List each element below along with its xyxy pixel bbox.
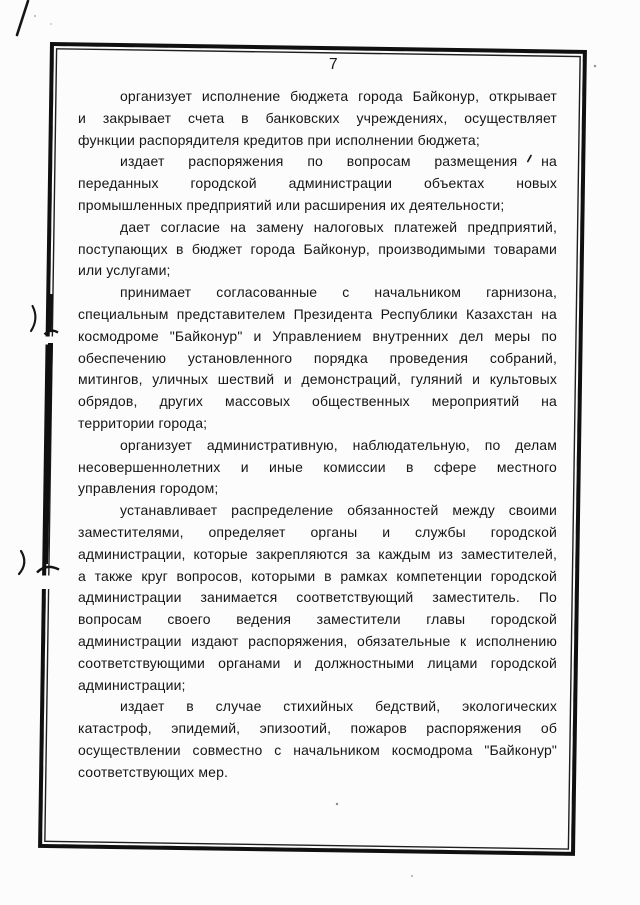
- page-number: 7: [94, 56, 573, 73]
- text-line: заместителями, определяет органы и служб…: [78, 522, 557, 544]
- text-line: специальным представителем Президента Ре…: [78, 304, 557, 326]
- text-line: администрации;: [78, 675, 557, 697]
- paragraph: дает согласие на замену налоговых платеж…: [78, 217, 557, 282]
- document-body: организует исполнение бюджета города Бай…: [78, 86, 557, 784]
- slash-artifact-icon: [17, 1, 28, 35]
- text-line: или услугами;: [78, 260, 557, 282]
- bracket-mark-icon: [19, 551, 24, 574]
- bracket-mark-icon: [31, 306, 35, 331]
- text-line: обрядов, других массовых общественных ме…: [78, 391, 557, 413]
- text-line: администрации, которые закрепляются за к…: [78, 544, 557, 566]
- text-line: космодроме "Байконур" и Управлением внут…: [78, 326, 557, 348]
- text-line: несовершеннолетних и иные комиссии в сфе…: [78, 457, 557, 479]
- speck-icon: [411, 875, 413, 877]
- speck-icon: [594, 65, 597, 68]
- paragraph: устанавливает распределение обязанностей…: [78, 500, 557, 696]
- paragraph: организует административную, наблюдатель…: [78, 435, 557, 500]
- text-line: промышленных предприятий или расширения …: [78, 195, 557, 217]
- text-line: и закрывает счета в банковских учреждени…: [78, 108, 557, 130]
- text-line: территории города;: [78, 413, 557, 435]
- text-line: катастроф, эпидемий, эпизоотий, пожаров …: [78, 718, 557, 740]
- text-line: обеспечению установленного порядка прове…: [78, 348, 557, 370]
- text-line: администрации издают распоряжения, обяза…: [78, 631, 557, 653]
- text-line: устанавливает распределение обязанностей…: [78, 500, 557, 522]
- text-line: организует административную, наблюдатель…: [78, 435, 557, 457]
- text-line: организует исполнение бюджета города Бай…: [78, 86, 557, 108]
- speck-icon: [50, 23, 52, 25]
- text-line: поступающих в бюджет города Байконур, пр…: [78, 239, 557, 261]
- speck-icon: [34, 15, 36, 17]
- text-line: издает распоряжения по вопросам размещен…: [78, 151, 557, 173]
- text-line: вопросам своего ведения заместители глав…: [78, 609, 557, 631]
- text-line: а также круг вопросов, которыми в рамках…: [78, 566, 557, 588]
- text-line: функции распорядителя кредитов при испол…: [78, 130, 557, 152]
- text-line: принимает согласованные с начальником га…: [78, 282, 557, 304]
- text-line: издает в случае стихийных бедствий, экол…: [78, 696, 557, 718]
- paragraph: издает в случае стихийных бедствий, экол…: [78, 696, 557, 783]
- text-line: дает согласие на замену налоговых платеж…: [78, 217, 557, 239]
- text-line: осуществлении совместно с начальником ко…: [78, 740, 557, 762]
- paragraph: организует исполнение бюджета города Бай…: [78, 86, 557, 151]
- paragraph: принимает согласованные с начальником га…: [78, 282, 557, 435]
- text-line: митингов, уличных шествий и демонстраций…: [78, 369, 557, 391]
- text-line: администрации занимается соответствующий…: [78, 587, 557, 609]
- text-line: управления городом;: [78, 478, 557, 500]
- text-line: соответствующих мер.: [78, 762, 557, 784]
- text-line: переданных городской администрации объек…: [78, 173, 557, 195]
- paragraph: издает распоряжения по вопросам размещен…: [78, 151, 557, 216]
- text-line: соответствующими органами и должностными…: [78, 653, 557, 675]
- scanned-document-page: { "page": { "number": "7", "paper_color"…: [0, 0, 640, 905]
